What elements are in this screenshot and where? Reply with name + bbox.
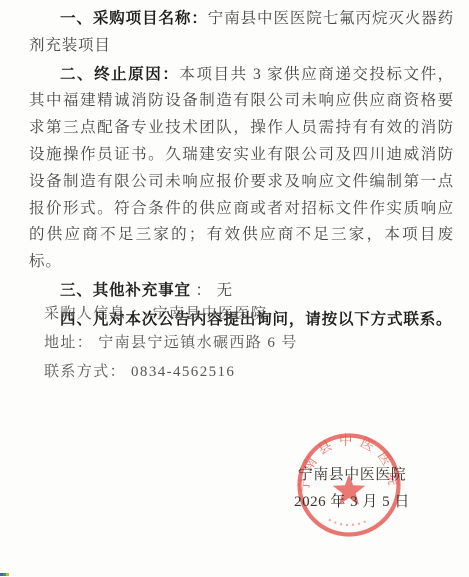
section-3-text: ： 无 (191, 282, 233, 299)
purchaser-info-label: 采购人信息 ： (44, 306, 148, 322)
signature-org: 宁南县中医医院 (283, 467, 421, 483)
section-2-text: 本项目共 3 家供应商递交投标文件，其中福建精诚消防设备制造有限公司未响应供应商… (29, 66, 454, 271)
purchaser-info-line: 采购人信息 ：宁南县中医医院 (44, 300, 298, 329)
purchaser-info-value: 宁南县中医医院 (153, 306, 268, 322)
scanned-document-page: 一、采购项目名称：宁南县中医医院七氟丙烷灭火器药剂充装项目 二、终止原因：本项目… (0, 0, 469, 577)
section-termination-reason: 二、终止原因：本项目共 3 家供应商递交投标文件，其中福建精诚消防设备制造有限公… (29, 62, 454, 276)
section-1-label: 一、采购项目名称： (60, 10, 208, 27)
section-2-label: 二、终止原因： (60, 66, 179, 83)
phone-value: 0834-4562516 (131, 364, 235, 380)
section-3-label: 三、其他补充事宜 (60, 282, 191, 299)
signature-date: 2026 年 3 月 5 日 (283, 494, 421, 510)
phone-line: 联系方式：0834-4562516 (44, 358, 298, 387)
contact-info: 采购人信息 ：宁南县中医医院 地址：宁南县宁远镇水碾西路 6 号 联系方式：08… (44, 300, 298, 386)
phone-label: 联系方式： (44, 364, 126, 380)
document-body: 一、采购项目名称：宁南县中医医院七氟丙烷灭火器药剂充装项目 二、终止原因：本项目… (29, 6, 454, 334)
seal-code-marks (329, 520, 369, 525)
address-line: 地址：宁南县宁远镇水碾西路 6 号 (44, 329, 298, 358)
scan-artifact (0, 573, 9, 576)
address-label: 地址： (44, 335, 93, 351)
address-value: 宁南县宁远镇水碾西路 6 号 (98, 335, 298, 351)
signature-block: 宁南县中医医院 2026 年 3 月 5 日 (283, 467, 421, 510)
section-project-name: 一、采购项目名称：宁南县中医医院七氟丙烷灭火器药剂充装项目 (29, 6, 454, 60)
